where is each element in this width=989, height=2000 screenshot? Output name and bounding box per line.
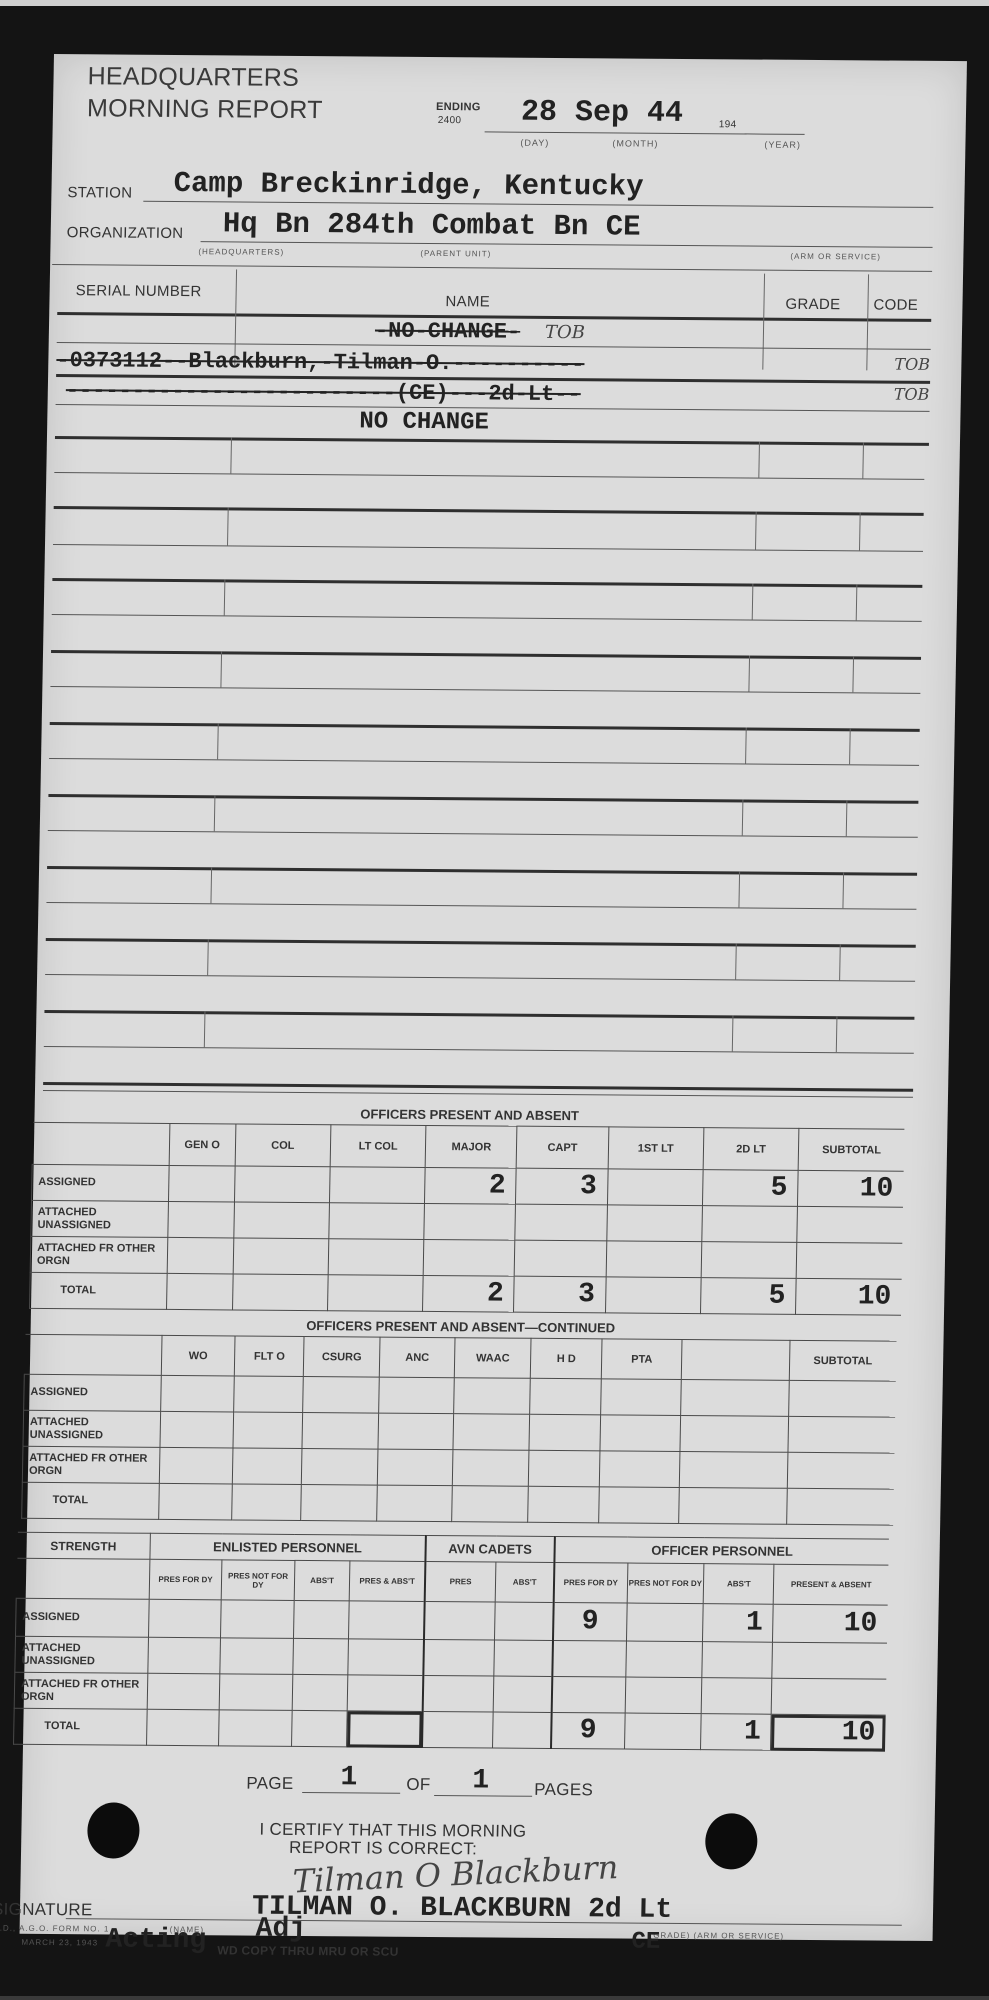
col-serial-number: SERIAL NUMBER [76, 282, 202, 300]
officers-col-col: COL [235, 1124, 331, 1167]
month-caption: (MONTH) [612, 138, 658, 148]
entry-line-4: NO CHANGE [359, 408, 489, 436]
officers-total-subtotal: 10 [796, 1278, 902, 1315]
acting-label: Acting [105, 1924, 206, 1956]
officers-table: GEN O COL LT COL MAJOR CAPT 1ST LT 2D LT… [29, 1122, 904, 1316]
form-title-line2: MORNING REPORT [87, 94, 323, 125]
officers-col-major: MAJOR [425, 1125, 517, 1168]
entry-line-2: -0373112--Blackburn,-Tilman-O.---------- [56, 348, 585, 377]
officers-assigned-major: 2 [425, 1167, 517, 1204]
organization-label: ORGANIZATION [67, 224, 184, 242]
arm-service-value: CE [631, 1929, 660, 1956]
officer-pres-for-dy-total: 9 [551, 1712, 625, 1749]
col-name: NAME [445, 293, 490, 310]
officers-assigned-capt: 3 [516, 1168, 608, 1205]
signature-label: SIGNATURE [0, 1900, 93, 1921]
officer-pres-for-dy-assigned: 9 [553, 1602, 627, 1641]
officers-col-2d-lt: 2D LT [703, 1128, 799, 1171]
officers-assigned-2d-lt: 5 [702, 1170, 798, 1207]
punch-hole-left [87, 1802, 140, 1858]
page-number: 1 [340, 1762, 357, 1793]
entry-initials-2: TOB [894, 355, 930, 374]
officers-col-capt: CAPT [517, 1126, 609, 1169]
form-number: W.D., A.G.O. FORM NO. 1 [0, 1924, 109, 1934]
parent-unit-caption: (PARENT UNIT) [420, 249, 491, 259]
officers-row-total: TOTAL 2 3 5 10 [30, 1272, 902, 1315]
officers-total-2d-lt: 5 [700, 1278, 796, 1315]
officer-abst-assigned: 1 [703, 1604, 774, 1643]
station-label: STATION [67, 184, 132, 202]
form-title-line1: HEADQUARTERS [87, 62, 299, 93]
entry-initials-1: TOB [545, 322, 585, 343]
headquarters-caption: (HEADQUARTERS) [198, 247, 284, 257]
col-grade: GRADE [785, 296, 840, 313]
film-edge-top [0, 0, 989, 6]
officer-abst-total: 1 [701, 1714, 772, 1751]
form-date: MARCH 23, 1943 [21, 1938, 98, 1948]
organization-value: Hq Bn 284th Combat Bn CE [223, 207, 641, 243]
report-date: 28 Sep 44 [521, 96, 684, 131]
entry-line-3: -------------------------(CE)---2d-Lt-- [66, 378, 581, 407]
station-value: Camp Breckinridge, Kentucky [173, 167, 643, 204]
page-label: PAGE [246, 1774, 294, 1794]
officer-present-absent-total: 10 [771, 1714, 886, 1751]
officers-assigned-subtotal: 10 [798, 1170, 904, 1207]
strength-table: STRENGTH ENLISTED PERSONNEL AVN CADETS O… [13, 1532, 889, 1752]
arm-service-caption: (ARM OR SERVICE) [790, 252, 881, 262]
of-label: OF [406, 1775, 431, 1795]
grade-arm-caption: (GRADE) (ARM OR SERVICE) [650, 1931, 785, 1941]
officers-col-gen-o: GEN O [169, 1123, 236, 1166]
officers-col-subtotal: SUBTOTAL [798, 1128, 904, 1171]
entry-line-1: -NO-CHANGE- [375, 319, 521, 345]
col-code: CODE [873, 296, 918, 313]
officer-present-absent-assigned: 10 [773, 1604, 888, 1643]
year-prefix: 194 [719, 119, 737, 130]
wd-copy-note: WD COPY THRU MRU OR SCU [217, 1943, 399, 1958]
officers-continued-table: WO FLT O CSURG ANC WAAC H D PTA SUBTOTAL… [21, 1334, 896, 1526]
day-caption: (DAY) [520, 138, 549, 148]
blank-entry-rows [54, 54, 967, 61]
year-caption: (YEAR) [764, 140, 801, 150]
officers-col-lt-col: LT COL [330, 1125, 426, 1168]
morning-report-form: HEADQUARTERS MORNING REPORT ENDING 2400 … [20, 54, 967, 1941]
officers-total-major: 2 [423, 1275, 515, 1312]
punch-hole-right [705, 1813, 758, 1869]
ending-label: ENDING [436, 101, 481, 113]
title-abbrev: Adj [255, 1914, 306, 1945]
page-total: 1 [472, 1765, 489, 1796]
ending-time: 2400 [438, 115, 462, 126]
strength-row-total: TOTAL 9 1 10 [14, 1708, 886, 1751]
film-edge-bottom [0, 1996, 989, 2000]
officers-col-1st-lt: 1ST LT [608, 1127, 704, 1170]
officers-total-capt: 3 [514, 1276, 606, 1313]
pages-label: PAGES [534, 1780, 593, 1800]
entry-initials-3: TOB [894, 385, 930, 404]
